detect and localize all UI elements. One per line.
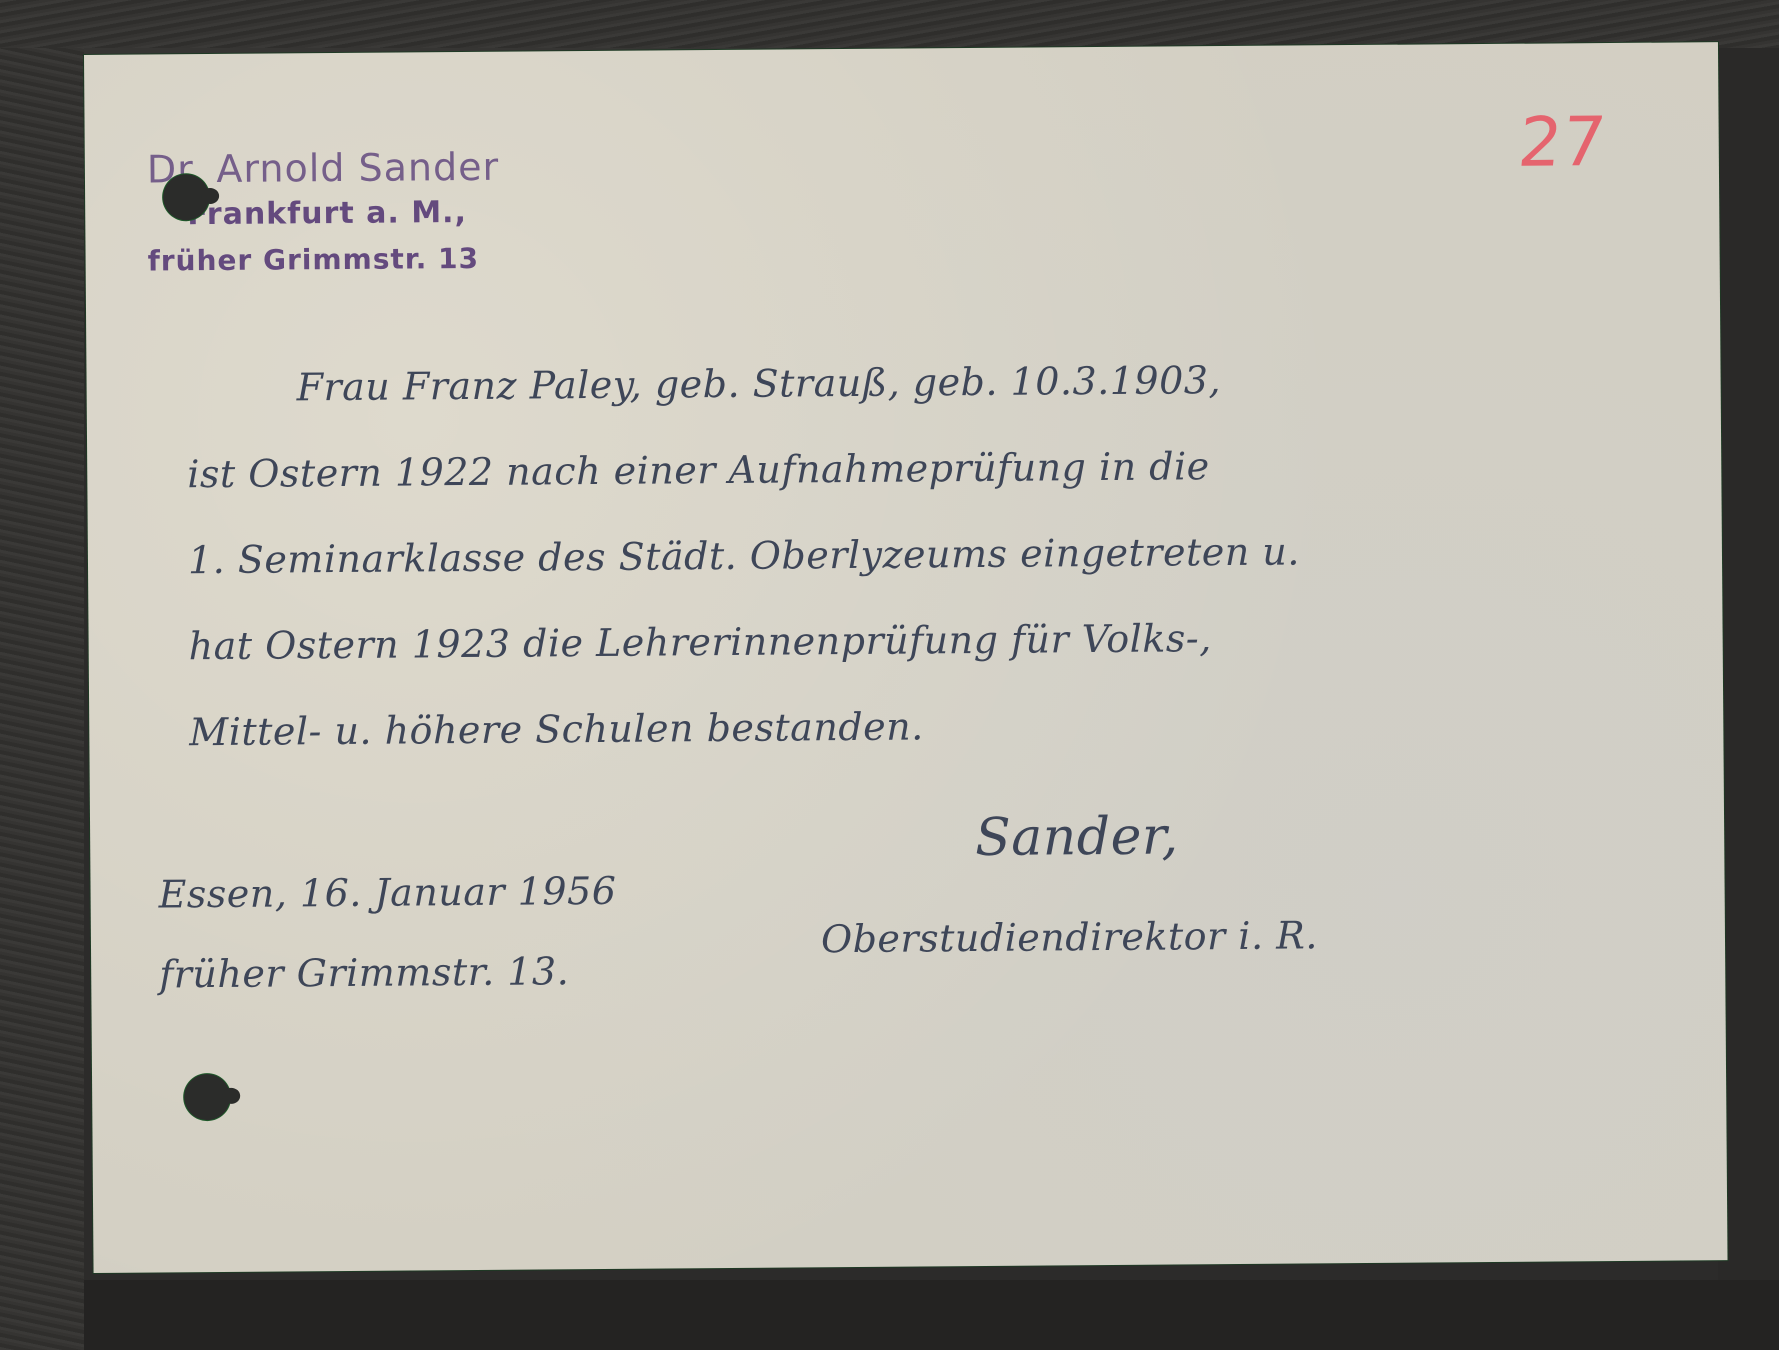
- background-right: [1718, 48, 1779, 1350]
- body-line-4: hat Ostern 1923 die Lehrerinnenprüfung f…: [188, 616, 1211, 668]
- punch-hole-bottom: [184, 1074, 230, 1120]
- body-line-3: 1. Seminarklasse des Städt. Oberlyzeums …: [188, 529, 1300, 582]
- document-card: Dr. Arnold Sander Frankfurt a. M., frühe…: [84, 42, 1728, 1273]
- stamp-street: früher Grimmstr. 13: [147, 236, 500, 285]
- body-line-1: Frau Franz Paley, geb. Strauß, geb. 10.3…: [296, 358, 1221, 409]
- body-line-5: Mittel- u. höhere Schulen bestanden.: [189, 704, 924, 754]
- signature-name: Sander,: [975, 806, 1179, 868]
- background-bottom: [84, 1280, 1779, 1350]
- former-address: früher Grimmstr. 13.: [159, 949, 569, 996]
- signature-title: Oberstudiendirektor i. R.: [821, 913, 1318, 961]
- place-date: Essen, 16. Januar 1956: [158, 869, 616, 917]
- background-binder-top: [0, 0, 1779, 48]
- page-number: 27: [1515, 103, 1609, 183]
- punch-hole-top: [163, 174, 209, 220]
- body-line-2: ist Ostern 1922 nach einer Aufnahmeprüfu…: [187, 444, 1210, 496]
- background-binder-left: [0, 0, 84, 1350]
